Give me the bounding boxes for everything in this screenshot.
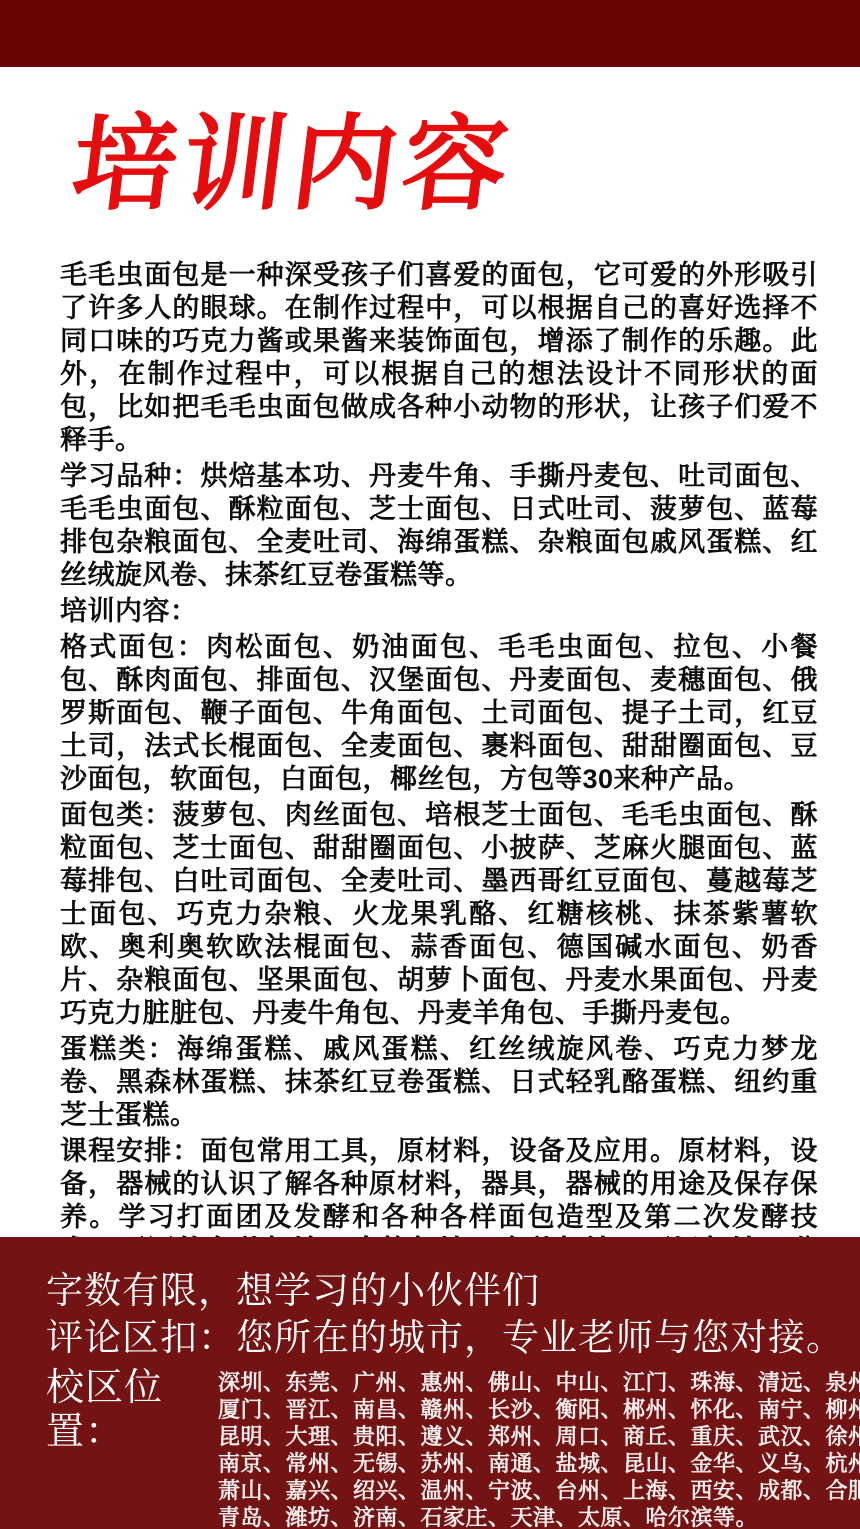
city-line: 萧山、嘉兴、绍兴、温州、宁波、台州、上海、西安、成都、合肥、 [218,1477,860,1504]
content-area: 培训内容 毛毛虫面包是一种深受孩子们喜爱的面包，它可爱的外形吸引了许多人的眼球。… [0,67,860,1366]
campus-location-label: 校区位置： [46,1366,218,1454]
section-study-varieties: 学习品种：烘焙基本功、丹麦牛角、手撕丹麦包、吐司面包、毛毛虫面包、酥粒面包、芝士… [60,460,818,592]
footer-line2-label: 评论区扣： [46,1317,236,1358]
footer-line1: 字数有限，想学习的小伙伴们 [46,1267,846,1314]
section-label: 课程安排： [60,1136,200,1166]
section-text: 菠萝包、肉丝面包、培根芝士面包、毛毛虫面包、酥粒面包、芝士面包、甜甜圈面包、小披… [60,800,818,1028]
footer-line2-text: 您所在的城市，专业老师与您对接。 [236,1317,844,1358]
section-label: 面包类： [60,800,172,830]
city-line: 青岛、潍坊、济南、石家庄、天津、太原、哈尔滨等。 [218,1504,860,1529]
city-line: 南京、常州、无锡、苏州、南通、盐城、昆山、金华、义乌、杭州、 [218,1450,860,1477]
section-bread-category: 面包类：菠萝包、肉丝面包、培根芝士面包、毛毛虫面包、酥粒面包、芝士面包、甜甜圈面… [60,799,818,1030]
section-label: 培训内容： [60,596,198,626]
intro-paragraph: 毛毛虫面包是一种深受孩子们喜爱的面包，它可爱的外形吸引了许多人的眼球。在制作过程… [60,259,818,457]
section-label: 蛋糕类： [60,1034,177,1064]
section-label: 学习品种： [60,461,200,491]
city-line: 昆明、大理、贵阳、遵义、郑州、周口、商丘、重庆、武汉、徐州、 [218,1423,860,1450]
footer-band: 字数有限，想学习的小伙伴们 评论区扣：您所在的城市，专业老师与您对接。 校区位置… [0,1237,860,1529]
section-bread-styles: 格式面包：肉松面包、奶油面包、毛毛虫面包、拉包、小餐包、酥肉面包、排面包、汉堡面… [60,631,818,796]
city-line: 厦门、晋江、南昌、赣州、长沙、衡阳、郴州、怀化、南宁、柳州、 [218,1396,860,1423]
footer-campus-row: 校区位置： 深圳、东莞、广州、惠州、佛山、中山、江门、珠海、清远、泉州、 厦门、… [46,1366,846,1529]
page-title: 培训内容 [66,109,520,221]
body-text: 毛毛虫面包是一种深受孩子们喜爱的面包，它可爱的外形吸引了许多人的眼球。在制作过程… [60,259,818,1366]
section-training-content-heading: 培训内容： [60,595,818,628]
footer-line2: 评论区扣：您所在的城市，专业老师与您对接。 [46,1314,846,1361]
campus-city-list: 深圳、东莞、广州、惠州、佛山、中山、江门、珠海、清远、泉州、 厦门、晋江、南昌、… [218,1366,860,1529]
section-label: 格式面包： [60,632,206,662]
top-border-band [0,0,860,67]
city-line: 深圳、东莞、广州、惠州、佛山、中山、江门、珠海、清远、泉州、 [218,1369,860,1396]
section-cake-category: 蛋糕类：海绵蛋糕、戚风蛋糕、红丝绒旋风卷、巧克力梦龙卷、黑森林蛋糕、抹茶红豆卷蛋… [60,1033,818,1132]
training-poster: 培训内容 毛毛虫面包是一种深受孩子们喜爱的面包，它可爱的外形吸引了许多人的眼球。… [0,0,860,1529]
